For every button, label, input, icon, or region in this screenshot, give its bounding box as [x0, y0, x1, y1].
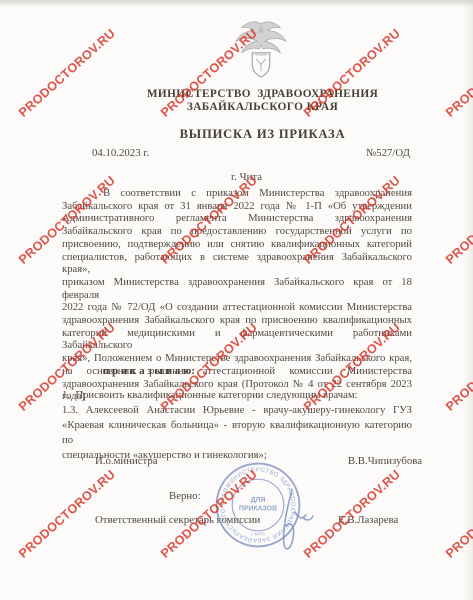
paragraph-line: Забайкальского края по предоставлению го…	[62, 225, 412, 238]
decree-word: п р и к а з ы в а ю:	[103, 365, 195, 377]
paragraph-line: Административного регламента Министерств…	[62, 212, 412, 225]
coat-of-arms-icon	[232, 18, 290, 80]
ministry-name-line2: ЗАБАЙКАЛЬСКОГО КРАЯ	[26, 101, 473, 114]
paragraph-line: 1.3. Алексеевой Анастасии Юрьевне - врач…	[62, 403, 412, 418]
handwritten-signature	[270, 486, 320, 558]
paragraph-line: В соответствии с приказом Министерства з…	[62, 187, 412, 200]
document-city: г. Чита	[10, 171, 473, 183]
paragraph-line: приказом Министерства здравоохранения За…	[62, 276, 412, 301]
paragraph-line: присвоению, подтверждению или снятию ква…	[62, 238, 412, 251]
order-item-1: 1. Присвоить квалификационные категории …	[62, 389, 412, 401]
paragraph-line: 2022 года № 72/ОД «О создании аттестацио…	[62, 301, 412, 314]
paragraph-line: Забайкальского края от 31 января 2022 го…	[62, 200, 412, 213]
paragraph-line: края», Положением о Министерстве здравоо…	[62, 352, 412, 365]
stamp-center-line1: ДЛЯ	[251, 497, 266, 504]
ministry-name-line1: МИНИСТЕРСТВО ЗДРАВООХРАНЕНИЯ	[26, 88, 473, 101]
stamp-city-text: г.ЧИТА	[251, 531, 265, 536]
order-item-1-3: 1.3. Алексеевой Анастасии Юрьевне - врач…	[62, 403, 412, 463]
paragraph-line: «Краевая клиническая больница» - вторую …	[62, 418, 412, 448]
scanned-order-document: МИНИСТЕРСТВО ЗДРАВООХРАНЕНИЯ ЗАБАЙКАЛЬСК…	[0, 0, 473, 600]
paragraph-line: специалистов, работающих в системе здрав…	[62, 251, 412, 276]
signer-role-minister: И.о.министра	[95, 455, 158, 467]
document-date: 04.10.2023 г.	[92, 147, 149, 159]
document-number: №527/ОД	[366, 147, 410, 159]
signer-name-minister: В.В.Чипизубова	[348, 455, 422, 467]
verno-label: Верно:	[169, 490, 201, 502]
paragraph-line: здравоохранения Забайкальского края по п…	[62, 314, 412, 327]
paragraph-line: категорий медицинскими и фармацевтически…	[62, 327, 412, 352]
signer-name-secretary: Е.В.Лазарева	[338, 514, 398, 526]
document-title: ВЫПИСКА ИЗ ПРИКАЗА	[26, 127, 473, 142]
scan-edge-artifact	[0, 0, 473, 7]
